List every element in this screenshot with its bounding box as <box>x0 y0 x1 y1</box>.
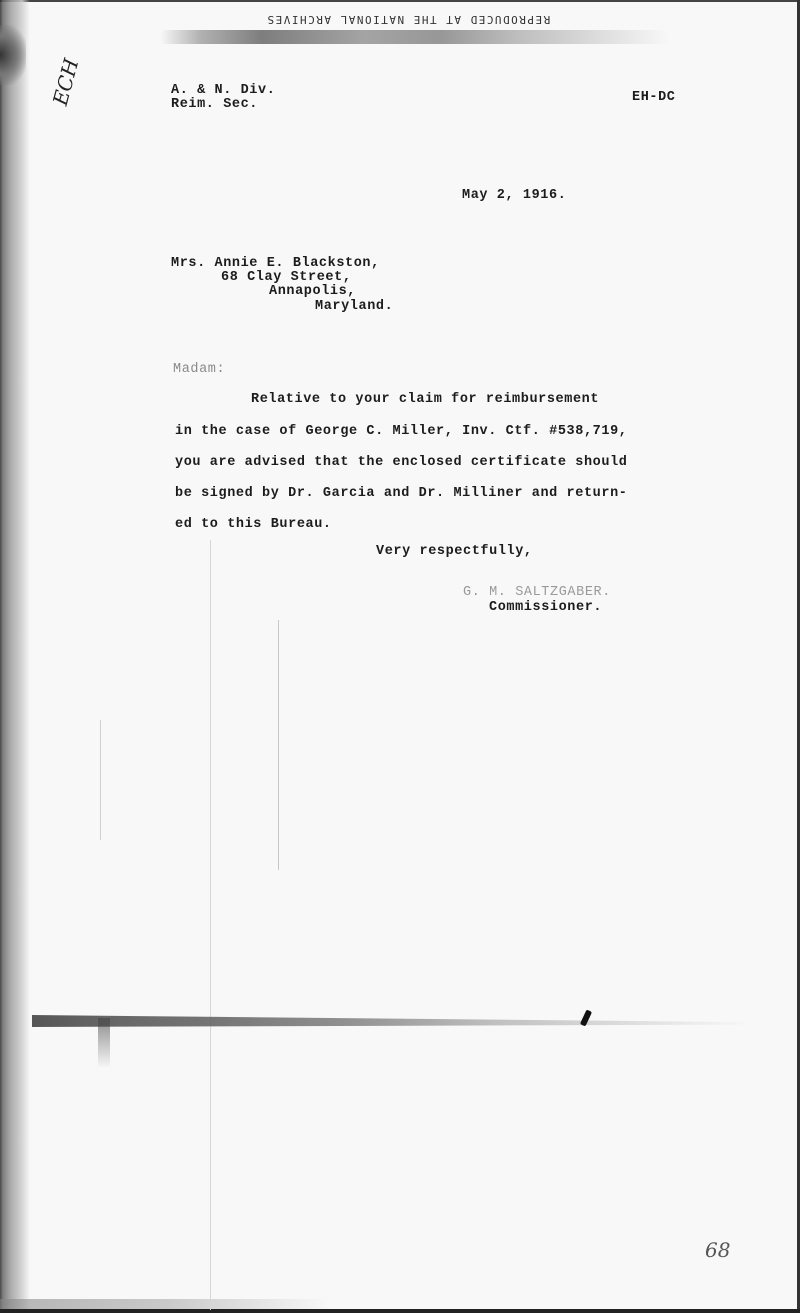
salutation: Madam: <box>173 362 225 377</box>
recipient-name: Mrs. Annie E. Blackston, <box>171 256 380 271</box>
scan-left-stain <box>0 25 26 85</box>
body-line: be signed by Dr. Garcia and Dr. Milliner… <box>175 486 627 501</box>
scan-top-edge <box>0 0 800 2</box>
body-line: in the case of George C. Miller, Inv. Ct… <box>175 424 627 439</box>
recipient-street: 68 Clay Street, <box>221 270 352 285</box>
header-section: Reim. Sec. <box>171 97 258 112</box>
handwritten-page-number: 68 <box>705 1238 730 1262</box>
archives-stamp: REPRODUCED AT THE NATIONAL ARCHIVES <box>266 13 550 26</box>
scan-left-edge-shadow <box>0 0 30 1313</box>
body-line: Relative to your claim for reimbursement <box>251 392 599 407</box>
signature-name: G. M. SALTZGABER. <box>463 585 611 600</box>
recipient-state: Maryland. <box>315 299 393 314</box>
signature-title: Commissioner. <box>489 600 602 615</box>
letter-date: May 2, 1916. <box>462 188 566 203</box>
scanned-letter-page: REPRODUCED AT THE NATIONAL ARCHIVES ECH … <box>0 0 800 1313</box>
scan-fold-line <box>32 1015 752 1027</box>
scan-fold-drip <box>98 1018 110 1068</box>
scan-top-smudge <box>160 30 670 44</box>
header-division: A. & N. Div. <box>171 83 275 98</box>
closing: Very respectfully, <box>376 544 533 559</box>
body-line: ed to this Bureau. <box>175 517 332 532</box>
recipient-city: Annapolis, <box>269 284 356 299</box>
body-line: you are advised that the enclosed certif… <box>175 455 627 470</box>
scan-faint-line <box>210 540 211 1310</box>
handwritten-initials: ECH <box>48 56 83 108</box>
header-reference-code: EH-DC <box>632 90 676 105</box>
scan-bottom-smudge <box>0 1299 330 1309</box>
scan-bottom-edge <box>0 1309 800 1313</box>
scan-faint-line <box>278 620 279 870</box>
scan-faint-line <box>100 720 101 840</box>
